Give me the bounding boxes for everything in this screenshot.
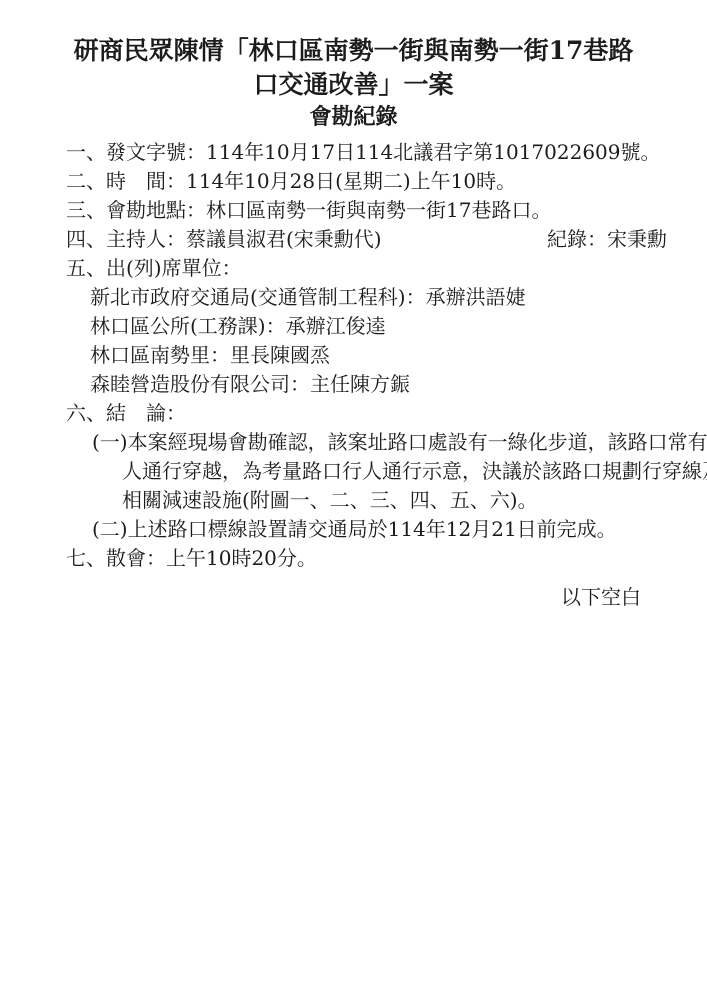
line-host: 四、主持人：蔡議員淑君(宋秉勳代) 紀錄：宋秉勳 [66,225,667,254]
document-subtitle: 會勘紀錄 [66,102,641,132]
line-attendees-header: 五、出(列)席單位： [66,254,641,283]
line-document-number: 一、發文字號：114年10月17日114北議君字第1017022609號。 [66,138,641,167]
line-conclusion-header: 六、結 論： [66,399,641,428]
attendee-item: 林口區南勢里：里長陳國烝 [90,341,641,370]
conclusion-item-1-continuation: 相關減速設施(附圖一、二、三、四、五、六)。 [122,486,641,515]
line-meeting-location: 三、會勘地點：林口區南勢一街與南勢一街17巷路口。 [66,196,641,225]
line-adjournment: 七、散會：上午10時20分。 [66,544,641,573]
line-meeting-time: 二、時 間：114年10月28日(星期二)上午10時。 [66,167,641,196]
conclusion-item-2: (二)上述路口標線設置請交通局於114年12月21日前完成。 [92,515,641,544]
conclusion-item-1-continuation: 人通行穿越，為考量路口行人通行示意，決議於該路口規劃行穿線及 [122,457,641,486]
attendee-item: 林口區公所(工務課)：承辦江俊逵 [90,312,641,341]
recorder-text: 紀錄：宋秉勳 [547,225,667,254]
document-title: 研商民眾陳情「林口區南勢一街與南勢一街17巷路口交通改善」一案 [66,34,641,102]
document-body: 一、發文字號：114年10月17日114北議君字第1017022609號。 二、… [66,138,641,612]
host-text: 四、主持人：蔡議員淑君(宋秉勳代) [66,225,382,254]
attendee-item: 森睦營造股份有限公司：主任陳方鋠 [90,370,641,399]
attendee-item: 新北市政府交通局(交通管制工程科)：承辦洪語婕 [90,283,641,312]
closing-note: 以下空白 [66,583,641,612]
document-page: 研商民眾陳情「林口區南勢一街與南勢一街17巷路口交通改善」一案 會勘紀錄 一、發… [0,0,707,1000]
conclusion-item-1: (一)本案經現場會勘確認，該案址路口處設有一綠化步道，該路口常有行 [92,428,641,457]
